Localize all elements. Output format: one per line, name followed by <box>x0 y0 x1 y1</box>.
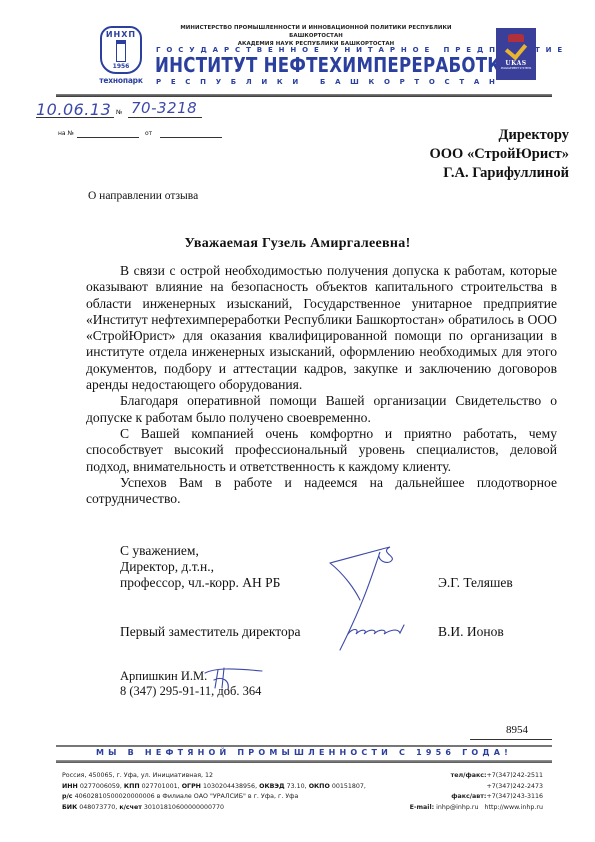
tel-fax-label: тел/факс: <box>451 772 487 779</box>
executor-block: Арпишкин И.М. 8 (347) 295-91-11, доб. 36… <box>120 669 261 699</box>
body-paragraph: С Вашей компанией очень комфортно и прия… <box>86 426 557 475</box>
email-label: E-mail: <box>410 804 435 811</box>
footer-slogan: МЫ В НЕФТЯНОЙ ПРОМЫШЛЕННОСТИ С 1956 ГОДА… <box>56 748 552 757</box>
okved-value: 73.10, <box>287 783 307 790</box>
body-paragraph: Благодаря оперативной помощи Вашей орган… <box>86 393 557 426</box>
reference-number-blank <box>77 137 139 138</box>
corr-account-label: к/счет <box>119 804 142 811</box>
executor-phone: 8 (347) 295-91-11, доб. 364 <box>120 684 261 699</box>
footer-tel-fax: тел/факс:+7(347)242-2511 <box>410 771 543 782</box>
okpo-label: ОКПО <box>309 783 330 790</box>
bik-label: БИК <box>62 804 77 811</box>
date-underline <box>36 117 114 118</box>
fax-auto-value: +7(347)243-3116 <box>486 793 543 800</box>
footer-bank-account: р/с 40602810500020000006 в Филиале ОАО "… <box>62 792 366 803</box>
account-label: р/с <box>62 793 73 800</box>
logo-year: 1956 <box>113 63 130 70</box>
okpo-value: 00151807, <box>332 783 366 790</box>
ukas-text: UKAS <box>505 60 526 67</box>
footer-requisites: Россия, 450065, г. Уфа, ул. Инициативная… <box>62 771 366 813</box>
footer-contacts: тел/факс:+7(347)242-2511 +7(347)242-2473… <box>410 771 543 813</box>
okved-label: ОКВЭД <box>259 783 285 790</box>
signer-title: Директор, д.т.н., <box>120 559 280 575</box>
org-region: РЕСПУБЛИКИ БАШКОРТОСТАН <box>156 78 478 86</box>
logo-shield-icon: ИНХП 1956 <box>100 26 142 74</box>
reference-date-label: от <box>145 130 152 137</box>
reference-date-blank <box>160 137 222 138</box>
inn-value: 0277006059, <box>80 783 122 790</box>
tel-fax-value: +7(347)242-2511 <box>486 772 543 779</box>
institute-logo: ИНХП 1956 технопарк <box>96 26 146 88</box>
executor-name: Арпишкин И.М. <box>120 669 261 684</box>
ukas-subtext: MANAGEMENT SYSTEMS <box>501 67 531 70</box>
letter-subject: О направлении отзыва <box>88 190 198 202</box>
code-underline <box>470 739 552 740</box>
addressee-block: Директору ООО «СтройЮрист» Г.А. Гарифулл… <box>429 126 569 183</box>
tower-icon <box>116 40 126 62</box>
salutation: Уважаемая Гузель Амиргалеевна! <box>0 236 595 252</box>
inn-label: ИНН <box>62 783 78 790</box>
footer-bik: БИК 048073770, к/счет 301018106000000007… <box>62 803 366 814</box>
ukas-certification-logo: UKAS MANAGEMENT SYSTEMS <box>496 28 536 80</box>
footer-divider-bottom <box>56 760 552 763</box>
document-code: 8954 <box>506 724 528 736</box>
ministry-header: МИНИСТЕРСТВО ПРОМЫШЛЕННОСТИ И ИННОВАЦИОН… <box>156 24 476 48</box>
footer-ids: ИНН 0277006059, КПП 027701001, ОГРН 1030… <box>62 782 366 793</box>
header-divider <box>56 94 552 97</box>
letter-body: В связи с острой необходимостью получени… <box>86 263 557 507</box>
addressee-company: ООО «СтройЮрист» <box>429 145 569 164</box>
body-paragraph: Успехов Вам в работе и надеемся на дальн… <box>86 475 557 508</box>
account-value: 40602810500020000006 в Филиале ОАО "УРАЛ… <box>75 793 299 800</box>
number-underline <box>128 117 202 118</box>
logo-caption: технопарк <box>96 76 146 85</box>
addressee-name: Г.А. Гарифуллиной <box>429 164 569 183</box>
kpp-value: 027701001, <box>142 783 180 790</box>
number-label: № <box>116 109 122 116</box>
body-paragraph: В связи с острой необходимостью получени… <box>86 263 557 393</box>
signer-credentials: профессор, чл.-корр. АН РБ <box>120 575 280 591</box>
footer-tel2: +7(347)242-2473 <box>410 782 543 793</box>
kpp-label: КПП <box>124 783 140 790</box>
signer-name-director: Э.Г. Теляшев <box>438 575 513 591</box>
reference-number-label: на № <box>58 130 74 137</box>
logo-abbr: ИНХП <box>106 30 136 39</box>
footer-web: E-mail: inhp@inhp.ru http://www.inhp.ru <box>410 803 543 814</box>
corr-account-value: 30101810600000000770 <box>144 804 224 811</box>
ogrn-label: ОГРН <box>182 783 201 790</box>
website-link[interactable]: http://www.inhp.ru <box>485 804 543 811</box>
footer-divider-top <box>56 745 552 747</box>
closing-phrase: С уважением, <box>120 543 280 559</box>
fax-auto-label: факс/авт: <box>451 793 486 800</box>
ministry-line-1: МИНИСТЕРСТВО ПРОМЫШЛЕННОСТИ И ИННОВАЦИОН… <box>156 24 476 40</box>
signer-name-deputy: В.И. Ионов <box>438 624 504 640</box>
ogrn-value: 1030204438956, <box>203 783 257 790</box>
footer-address: Россия, 450065, г. Уфа, ул. Инициативная… <box>62 771 366 782</box>
deputy-title: Первый заместитель директора <box>120 624 300 640</box>
closing-block: С уважением, Директор, д.т.н., профессор… <box>120 543 280 591</box>
bik-value: 048073770, <box>79 804 117 811</box>
footer-fax-auto: факс/авт:+7(347)243-3116 <box>410 792 543 803</box>
addressee-position: Директору <box>429 126 569 145</box>
email-link[interactable]: inhp@inhp.ru <box>436 804 478 811</box>
org-name: ИНСТИТУТ НЕФТЕХИМПЕРЕРАБОТКИ <box>155 55 425 75</box>
registration-number: 70-3218 <box>131 99 197 117</box>
